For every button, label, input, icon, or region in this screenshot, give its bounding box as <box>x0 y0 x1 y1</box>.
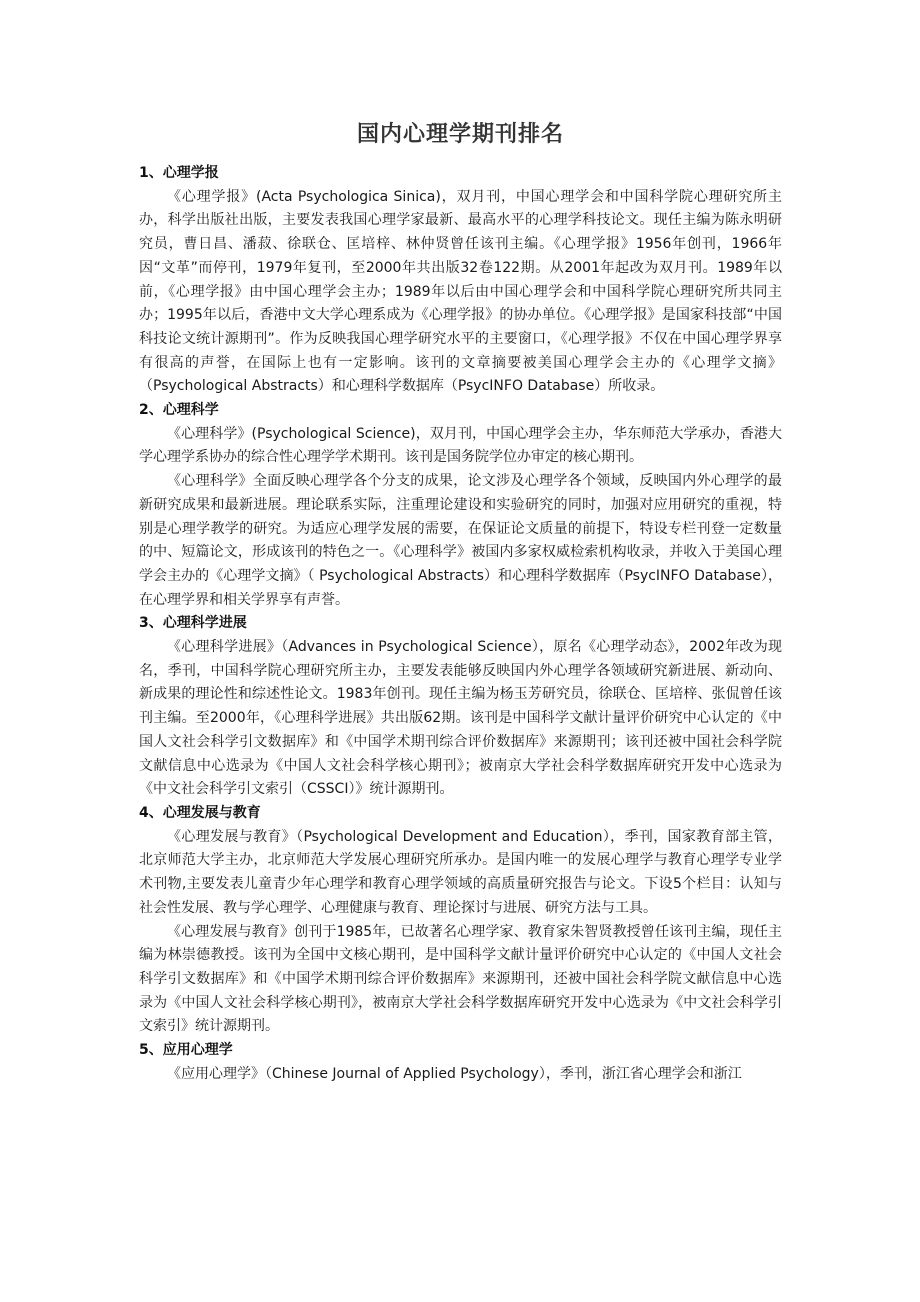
section-heading: 5、应用心理学 <box>139 1039 782 1063</box>
paragraph: 《心理发展与教育》（Psychological Development and … <box>139 826 782 921</box>
document-page: 国内心理学期刊排名 1、心理学报 《心理学报》(Acta Psychologic… <box>139 118 782 1086</box>
paragraph: 《心理科学》全面反映心理学各个分支的成果，论文涉及心理学各个领域，反映国内外心理… <box>139 470 782 612</box>
section-heading: 4、心理发展与教育 <box>139 802 782 826</box>
paragraph: 《心理科学进展》（Advances in Psychological Scien… <box>139 636 782 802</box>
paragraph: 《应用心理学》（Chinese Journal of Applied Psych… <box>139 1063 782 1087</box>
section-heading: 2、心理科学 <box>139 399 782 423</box>
section-heading: 1、心理学报 <box>139 162 782 186</box>
section-2: 2、心理科学 《心理科学》(Psychological Science)，双月刊… <box>139 399 782 612</box>
document-title: 国内心理学期刊排名 <box>139 118 782 152</box>
section-4: 4、心理发展与教育 《心理发展与教育》（Psychological Develo… <box>139 802 782 1039</box>
section-1: 1、心理学报 《心理学报》(Acta Psychologica Sinica)，… <box>139 162 782 399</box>
paragraph: 《心理发展与教育》创刊于1985年，已故著名心理学家、教育家朱智贤教授曾任该刊主… <box>139 921 782 1040</box>
paragraph: 《心理学报》(Acta Psychologica Sinica)，双月刊，中国心… <box>139 186 782 399</box>
section-3: 3、心理科学进展 《心理科学进展》（Advances in Psychologi… <box>139 612 782 802</box>
paragraph: 《心理科学》(Psychological Science)，双月刊，中国心理学会… <box>139 423 782 470</box>
section-heading: 3、心理科学进展 <box>139 612 782 636</box>
section-5: 5、应用心理学 《应用心理学》（Chinese Journal of Appli… <box>139 1039 782 1086</box>
